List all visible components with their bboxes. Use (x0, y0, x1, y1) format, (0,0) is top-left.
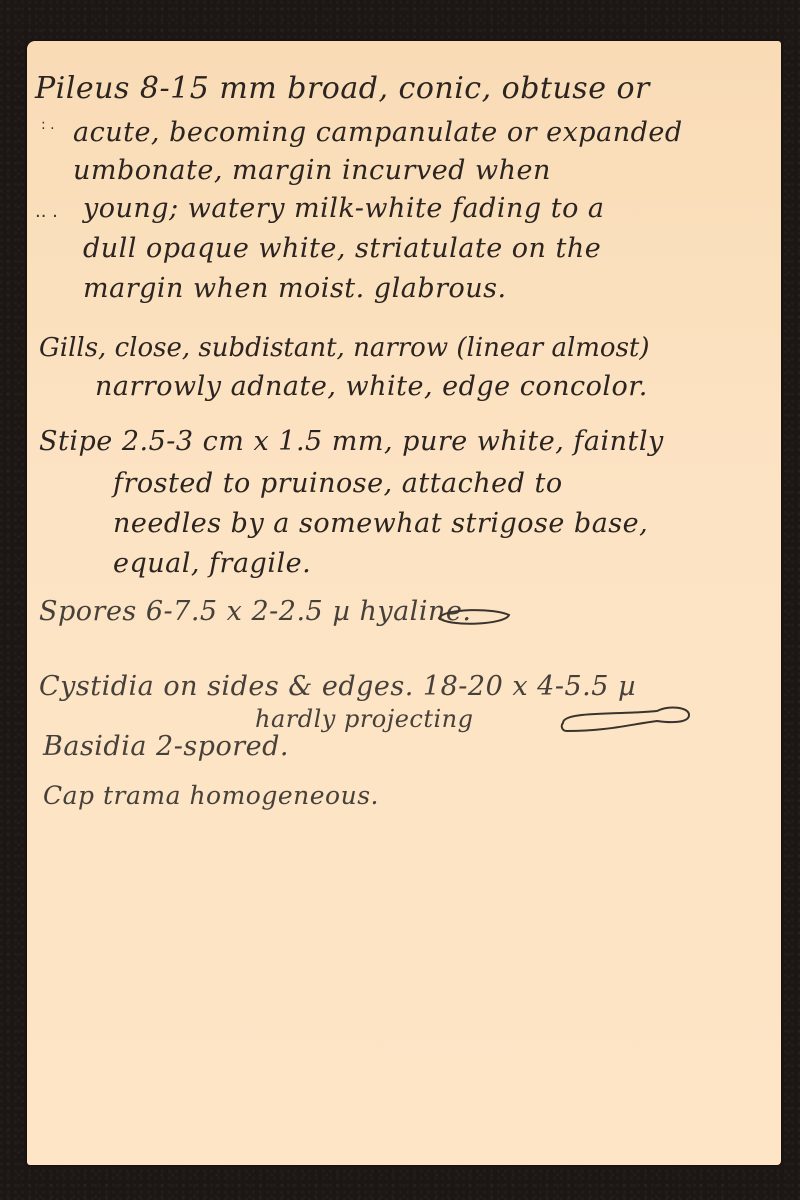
pileus-line-3: umbonate, margin incurved when (73, 155, 551, 186)
index-card: Pileus 8-15 mm broad, conic, obtuse or :… (27, 41, 781, 1165)
pileus-line-6: margin when moist. glabrous. (83, 273, 507, 304)
cystidia-line: Cystidia on sides & edges. 18-20 x 4-5.5… (39, 671, 636, 702)
pileus-line-2: acute, becoming campanulate or expanded (73, 117, 683, 148)
gills-line-2: narrowly adnate, white, edge concolor. (95, 371, 648, 402)
basidia-line: Basidia 2-spored. (43, 731, 289, 762)
margin-dots: .. . (35, 201, 58, 222)
gills-line-1: Gills, close, subdistant, narrow (linear… (39, 333, 650, 363)
pileus-line-4: young; watery milk-white fading to a (83, 193, 605, 224)
stipe-line-3: needles by a somewhat strigose base, (113, 508, 648, 539)
pileus-line-1: Pileus 8-15 mm broad, conic, obtuse or (35, 71, 650, 106)
stipe-line-1: Stipe 2.5-3 cm x 1.5 mm, pure white, fai… (39, 426, 664, 457)
cap-trama-line: Cap trama homogeneous. (43, 781, 379, 810)
spores-line: Spores 6-7.5 x 2-2.5 µ hyaline. (39, 596, 471, 627)
margin-dots: : . (41, 117, 55, 133)
stipe-line-4: equal, fragile. (113, 548, 311, 579)
cystidia-note: hardly projecting (255, 705, 473, 733)
cystidium-sketch-icon (557, 701, 697, 741)
spore-sketch-icon (435, 603, 515, 633)
stipe-line-2: frosted to pruinose, attached to (113, 468, 563, 499)
pileus-line-5: dull opaque white, striatulate on the (83, 233, 601, 264)
